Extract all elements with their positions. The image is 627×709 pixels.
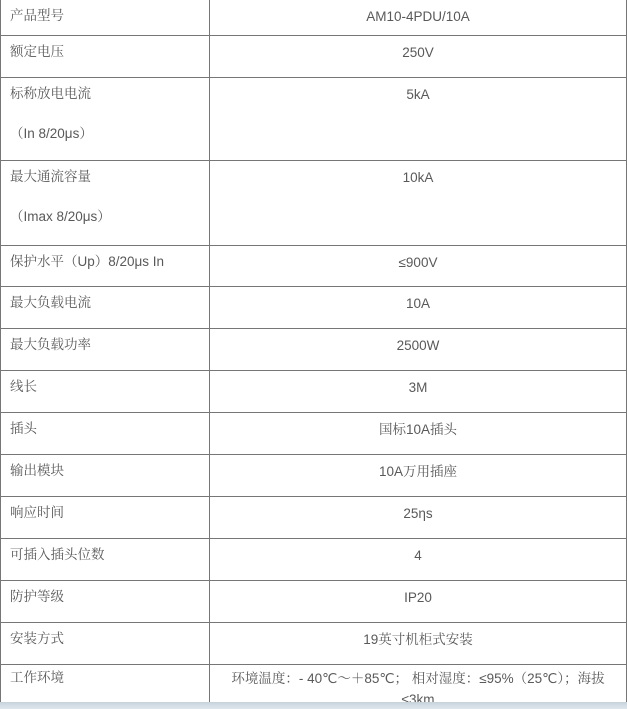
spec-value-text: 国标10A插头 bbox=[216, 419, 620, 440]
spec-value-text: 10A万用插座 bbox=[216, 461, 620, 482]
table-row: 最大负载功率2500W bbox=[1, 328, 627, 370]
spec-value-cell: 10A bbox=[210, 286, 627, 328]
table-row: 线长3M bbox=[1, 370, 627, 412]
spec-label-text: 工作环境 bbox=[10, 668, 201, 688]
spec-label-cell: 线长 bbox=[1, 370, 210, 412]
spec-label-text: 最大负载电流 bbox=[10, 293, 201, 313]
spec-value-cell: 250V bbox=[210, 35, 627, 77]
spec-value-text: 10kA bbox=[216, 167, 620, 188]
spec-label-cell: 最大通流容量（Imax 8/20μs） bbox=[1, 160, 210, 245]
spec-label-cell: 保护水平（Up）8/20μs In bbox=[1, 245, 210, 286]
spec-value-cell: 5kA bbox=[210, 77, 627, 160]
spec-value-cell: 10kA bbox=[210, 160, 627, 245]
spec-value-cell: ≤900V bbox=[210, 245, 627, 286]
spec-label-text: 可插入插头位数 bbox=[10, 545, 201, 565]
spec-label-text: 防护等级 bbox=[10, 587, 201, 607]
spec-label-cell: 最大负载电流 bbox=[1, 286, 210, 328]
spec-label-text: 安装方式 bbox=[10, 629, 201, 649]
spec-label-cell: 安装方式 bbox=[1, 622, 210, 664]
spec-value-text: IP20 bbox=[216, 587, 620, 608]
spec-value-text: 4 bbox=[216, 545, 620, 566]
spec-label-cell: 插头 bbox=[1, 412, 210, 454]
spec-label-text: 产品型号 bbox=[10, 6, 201, 26]
spec-value-cell: 10A万用插座 bbox=[210, 454, 627, 496]
spec-label-text: 插头 bbox=[10, 419, 201, 439]
spec-value-cell: 4 bbox=[210, 538, 627, 580]
spec-value-text: AM10-4PDU/10A bbox=[216, 6, 620, 27]
spec-table: 产品型号AM10-4PDU/10A额定电压250V标称放电电流（In 8/20μ… bbox=[0, 0, 627, 709]
spec-value-text: 5kA bbox=[216, 84, 620, 105]
spec-table-body: 产品型号AM10-4PDU/10A额定电压250V标称放电电流（In 8/20μ… bbox=[1, 0, 627, 709]
table-row: 额定电压250V bbox=[1, 35, 627, 77]
table-row: 产品型号AM10-4PDU/10A bbox=[1, 0, 627, 35]
spec-label-text: 最大通流容量 bbox=[10, 167, 201, 187]
table-row: 防护等级IP20 bbox=[1, 580, 627, 622]
table-row: 最大通流容量（Imax 8/20μs）10kA bbox=[1, 160, 627, 245]
horizontal-scrollbar[interactable] bbox=[0, 702, 627, 709]
spec-value-cell: 25ηs bbox=[210, 496, 627, 538]
spec-value-cell: 2500W bbox=[210, 328, 627, 370]
spec-value-cell: IP20 bbox=[210, 580, 627, 622]
spec-label-text: 额定电压 bbox=[10, 42, 201, 62]
spec-label-cell: 可插入插头位数 bbox=[1, 538, 210, 580]
table-row: 保护水平（Up）8/20μs In≤900V bbox=[1, 245, 627, 286]
table-row: 最大负载电流10A bbox=[1, 286, 627, 328]
spec-label-text: 线长 bbox=[10, 377, 201, 397]
spec-value-text: 250V bbox=[216, 42, 620, 63]
spec-label-cell: 防护等级 bbox=[1, 580, 210, 622]
table-row: 插头国标10A插头 bbox=[1, 412, 627, 454]
table-row: 可插入插头位数4 bbox=[1, 538, 627, 580]
spec-label-text: 输出模块 bbox=[10, 461, 201, 481]
spec-value-text: 19英寸机柜式安装 bbox=[216, 629, 620, 650]
spec-label-cell: 输出模块 bbox=[1, 454, 210, 496]
spec-label-cell: 最大负载功率 bbox=[1, 328, 210, 370]
spec-label-text: 响应时间 bbox=[10, 503, 201, 523]
spec-label-cell: 产品型号 bbox=[1, 0, 210, 35]
spec-value-cell: 国标10A插头 bbox=[210, 412, 627, 454]
spec-value-text: 环境温度：- 40℃～＋85℃； 相对湿度：≤95%（25℃）；海拔 bbox=[216, 668, 620, 689]
spec-value-cell: 3M bbox=[210, 370, 627, 412]
spec-label-cell: 额定电压 bbox=[1, 35, 210, 77]
spec-label-text: 保护水平（Up）8/20μs In bbox=[10, 252, 201, 272]
spec-value-text: ≤900V bbox=[216, 252, 620, 273]
spec-label-cell: 标称放电电流（In 8/20μs） bbox=[1, 77, 210, 160]
table-row: 标称放电电流（In 8/20μs）5kA bbox=[1, 77, 627, 160]
spec-label-text: 最大负载功率 bbox=[10, 335, 201, 355]
spec-value-cell: AM10-4PDU/10A bbox=[210, 0, 627, 35]
spec-label-text: （Imax 8/20μs） bbox=[10, 207, 201, 227]
table-row: 响应时间25ηs bbox=[1, 496, 627, 538]
spec-label-cell: 响应时间 bbox=[1, 496, 210, 538]
spec-value-cell: 19英寸机柜式安装 bbox=[210, 622, 627, 664]
spec-value-text: 2500W bbox=[216, 335, 620, 356]
spec-label-text: 标称放电电流 bbox=[10, 84, 201, 104]
spec-value-text: 25ηs bbox=[216, 503, 620, 524]
table-row: 安装方式19英寸机柜式安装 bbox=[1, 622, 627, 664]
spec-value-text: 3M bbox=[216, 377, 620, 398]
spec-label-text: （In 8/20μs） bbox=[10, 124, 201, 144]
spec-value-text: 10A bbox=[216, 293, 620, 314]
table-row: 输出模块10A万用插座 bbox=[1, 454, 627, 496]
